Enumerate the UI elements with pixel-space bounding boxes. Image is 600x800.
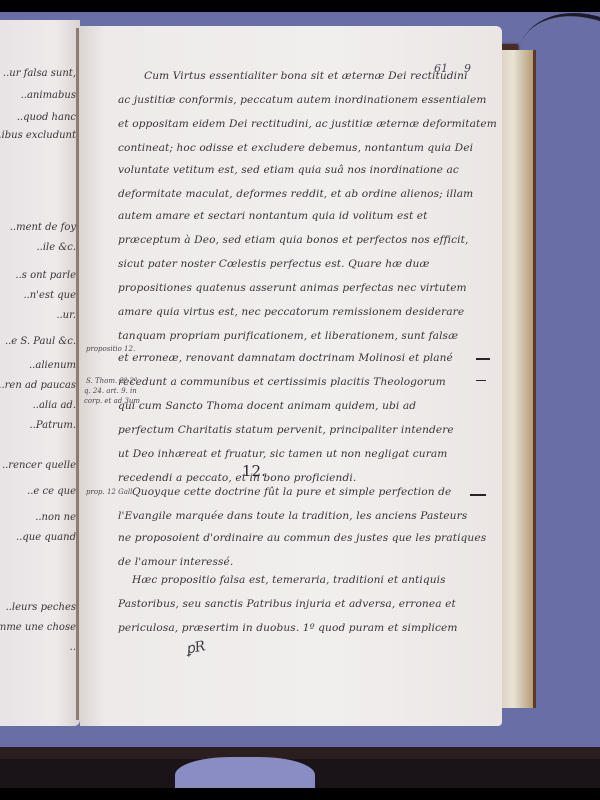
left-page-text-fragment: ..Patrum. bbox=[30, 420, 77, 431]
section-number: 12. bbox=[242, 462, 266, 480]
text-line: contineat; hoc odisse et excludere debem… bbox=[118, 142, 473, 154]
left-page-text-fragment: ..ibus excludunt bbox=[0, 130, 76, 141]
text-line: ac justitiæ conformis, peccatum autem in… bbox=[118, 94, 486, 106]
book-gutter bbox=[76, 28, 79, 720]
text-line: Quoyque cette doctrine fût la pure et si… bbox=[132, 486, 451, 498]
left-page-text-fragment: ..non ne bbox=[35, 512, 76, 523]
text-line: perfectum Charitatis statum pervenit, pr… bbox=[118, 424, 454, 436]
left-page-text-fragment: ..mme une chose bbox=[0, 622, 76, 633]
text-line: recedendi a peccato, et in bono proficie… bbox=[118, 472, 356, 484]
text-line: autem amare et sectari nontantum quia id… bbox=[118, 210, 428, 222]
left-page-text-fragment: ..alienum bbox=[29, 360, 76, 371]
text-line: Hæc propositio falsa est, temeraria, tra… bbox=[132, 574, 446, 586]
text-line: Cum Virtus essentialiter bona sit et æte… bbox=[144, 70, 468, 82]
margin-note: prop. 12 Gall. bbox=[86, 488, 135, 496]
text-line: l'Evangile marquée dans toute la traditi… bbox=[118, 510, 467, 522]
cloth bbox=[175, 757, 315, 788]
line-dash bbox=[476, 380, 486, 381]
text-line: Pastoribus, seu sanctis Patribus injuria… bbox=[118, 598, 456, 610]
text-line: de l'amour interessé. bbox=[118, 556, 233, 568]
line-dash bbox=[476, 358, 490, 360]
left-page-text-fragment: ..que quand bbox=[16, 532, 76, 543]
left-page-text-fragment: ..leurs peches bbox=[6, 602, 76, 613]
left-page-text-fragment: ..animabus bbox=[21, 90, 76, 101]
left-page-text-fragment: ..n'est que bbox=[23, 290, 76, 301]
left-page-text-fragment: ..rencer quelle bbox=[2, 460, 76, 471]
text-line: recedunt a communibus et certissimis pla… bbox=[118, 376, 446, 388]
line-dash bbox=[470, 494, 486, 496]
left-page-text-fragment: ..ment de foy bbox=[10, 222, 76, 233]
text-line: ut Deo inhæreat et fruatur, sic tamen ut… bbox=[118, 448, 447, 460]
left-page-text-fragment: ..alia ad. bbox=[33, 400, 76, 411]
table-edge bbox=[0, 747, 600, 759]
left-page-text-fragment: ..ur falsa sunt, bbox=[3, 68, 76, 79]
text-line: et erroneæ, renovant damnatam doctrinam … bbox=[118, 352, 453, 364]
margin-note: corp. et ad 3um bbox=[84, 397, 140, 405]
page-stack-edge bbox=[500, 50, 536, 708]
left-page-text-fragment: ..ren ad paucas bbox=[0, 380, 76, 391]
text-line: præceptum à Deo, sed etiam quia bonos et… bbox=[118, 234, 469, 246]
left-page-text-fragment: ..s ont parle bbox=[15, 270, 76, 281]
text-line: tanquam propriam purificationem, et libe… bbox=[118, 330, 458, 342]
left-page-text-fragment: ..e ce que bbox=[27, 486, 76, 497]
margin-note: S. Thom. 2ª 2ª bbox=[86, 377, 137, 385]
text-line: sicut pater noster Cœlestis perfectus es… bbox=[118, 258, 430, 270]
text-line: periculosa, præsertim in duobus. 1º quod… bbox=[118, 622, 458, 634]
text-line: voluntate vetitum est, sed etiam quia su… bbox=[118, 164, 459, 176]
left-page-text-fragment: ..e S. Paul &c. bbox=[5, 336, 76, 347]
left-page: ..ur falsa sunt,..animabus..quod hanc..i… bbox=[0, 20, 80, 726]
text-line: ne proposoient d'ordinaire au commun des… bbox=[118, 532, 486, 544]
text-line: et oppositam eidem Dei rectitudini, ac j… bbox=[118, 118, 497, 130]
left-page-text-fragment: ..quod hanc bbox=[17, 112, 76, 123]
margin-note: propositio 12. bbox=[86, 345, 135, 353]
text-line: qui cum Sancto Thoma docent animam quide… bbox=[118, 400, 416, 412]
left-page-text-fragment: ..ur. bbox=[56, 310, 76, 321]
text-line: propositiones quatenus asserunt animas p… bbox=[118, 282, 467, 294]
left-page-text-fragment: ..ile &c. bbox=[36, 242, 76, 253]
text-line: amare quia virtus est, nec peccatorum re… bbox=[118, 306, 464, 318]
margin-note: q. 24. art. 9. in bbox=[84, 387, 137, 395]
text-line: deformitate maculat, deformes reddit, et… bbox=[118, 188, 473, 200]
